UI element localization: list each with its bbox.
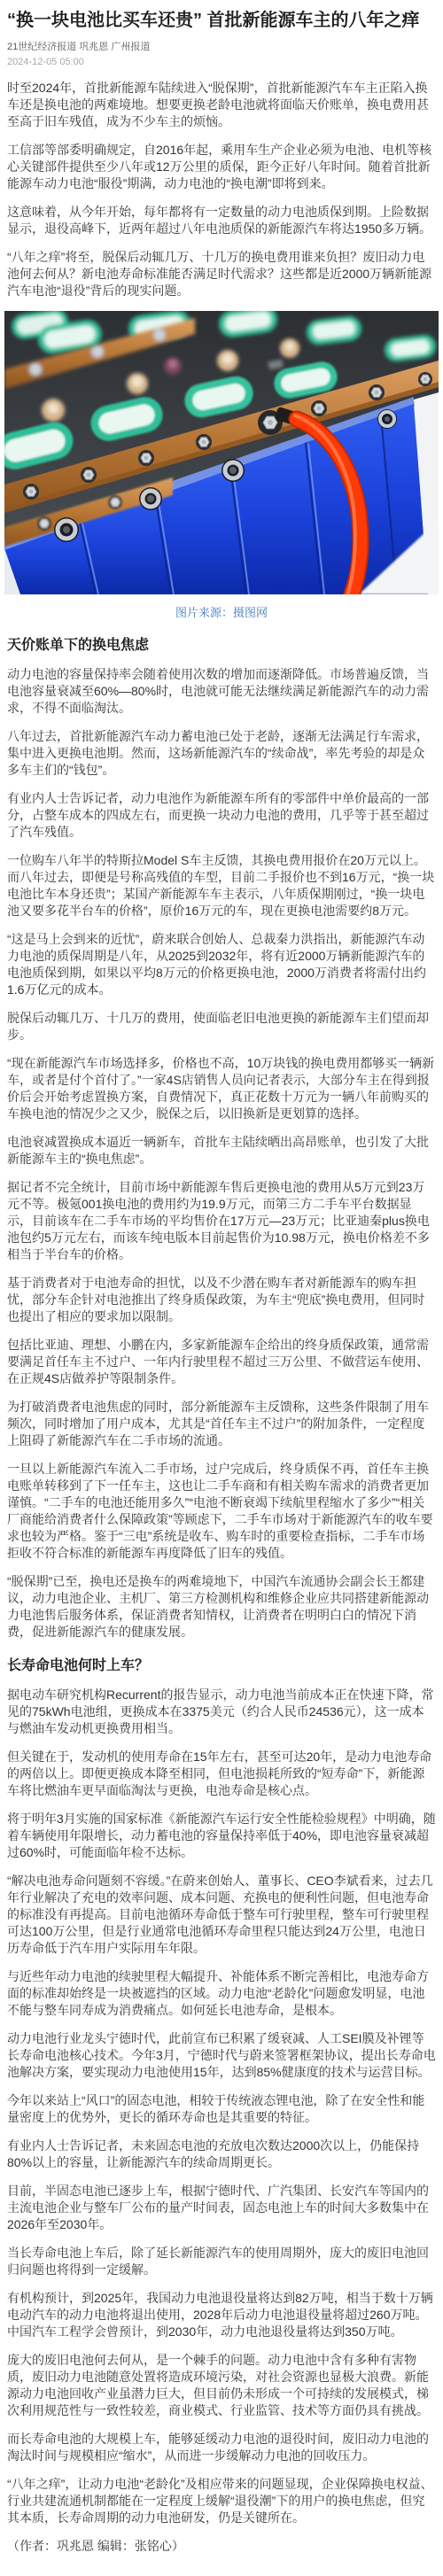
article-paragraph: 包括比亚迪、理想、小鹏在内，多家新能源车企给出的终身质保政策，通常需要满足首任车… bbox=[7, 1337, 436, 1387]
section-heading-battery-swap-anxiety: 天价账单下的换电焦虑 bbox=[7, 636, 436, 656]
publish-date: 2024-12-05 05:00 bbox=[7, 57, 436, 67]
article-paragraph: “解决电池寿命问题刻不容缓。”在蔚来创始人、董事长、CEO李斌看来，过去几年行业… bbox=[7, 1873, 436, 1957]
article-paragraph: 工信部等部委明确规定，自2016年起，乘用车生产企业必须为电池、电机等核心关键部… bbox=[7, 142, 436, 192]
author-editor-credit: （作者：巩兆恩 编辑：张铭心） bbox=[7, 2538, 436, 2555]
article-paragraph: 有业内人士告诉记者，未来固态电池的充放电次数达2000次以上，仍能保持80%以上… bbox=[7, 2138, 436, 2171]
article-paragraph: 据记者不完全统计，目前市场中新能源车售后更换电池的费用从5万元到23万元不等。极… bbox=[7, 1179, 436, 1263]
article-paragraph: 将于明年3月实施的国家标准《新能源汽车运行安全性能检验规程》中明确，随着车辆使用… bbox=[7, 1811, 436, 1861]
article-paragraph: 基于消费者对于电池寿命的担忧，以及不少潜在购车者对新能源车的购车担忧，部分车企针… bbox=[7, 1275, 436, 1325]
article-paragraph: “现在新能源汽车市场选择多，价格也不高，10万块钱的换电费用都够买一辆新车，或者… bbox=[7, 1055, 436, 1122]
article-paragraph: 电池衰减置换成本逼近一辆新车，首批车主陆续晒出高昂账单，也引发了大批新能源车主的… bbox=[7, 1134, 436, 1168]
article-paragraph: 动力电池行业龙头宁德时代，此前宣布已积累了缓衰减、人工SEI膜及补锂等长寿命电池… bbox=[7, 2030, 436, 2081]
article-paragraph: 目前，半固态电池已逐步上车，根据宁德时代、广汽集团、长安汽车等国内的主流电池企业… bbox=[7, 2183, 436, 2233]
article-paragraph: 据电动车研究机构Recurrent的报告显示，动力电池当前成本正在快速下降，常见… bbox=[7, 1687, 436, 1737]
article-paragraph: 有业内人士告诉记者，动力电池作为新能源车所有的零部件中单价最高的一部分，占整车成… bbox=[7, 790, 436, 841]
article-paragraph: 为打破消费者电池焦虑的同时，部分新能源车主反馈称，这些条件限制了用车频次，同时增… bbox=[7, 1399, 436, 1449]
article-paragraph: 一位购车八年半的特斯拉Model S车主反馈，其换电费用报价在20万元以上。而八… bbox=[7, 852, 436, 919]
image-caption: 图片来源：摄图网 bbox=[4, 603, 439, 620]
article-paragraph: “八年之痒”，让动力电池“老龄化”及相应带来的问题显现，企业保障换电权益、行业共… bbox=[7, 2476, 436, 2526]
article-paragraph: 当长寿命电池上车后，除了延长新能源汽车的使用周期外，庞大的废旧电池回归问题也将得… bbox=[7, 2245, 436, 2278]
article-paragraph: 动力电池的容量保持率会随着使用次数的增加而逐渐降低。市场普遍反馈，当电池容量衰减… bbox=[7, 666, 436, 717]
page-title: “换一块电池比买车还贵” 首批新能源车主的八年之痒 bbox=[7, 9, 436, 33]
article-paragraph: 而长寿命电池的大规模上车，能够延缓动力电池的退役时间，废旧动力电池的淘汰时间与规… bbox=[7, 2431, 436, 2464]
article-paragraph: 与近些年动力电池的续驶里程大幅提升、补能体系不断完善相比，电池寿命方面的标准却始… bbox=[7, 1968, 436, 2019]
section-heading-long-life-battery: 长寿命电池何时上车？ bbox=[7, 1657, 436, 1676]
battery-pack-photo[interactable] bbox=[4, 311, 439, 594]
byline: 21世纪经济报道 巩兆恩 广州报道 bbox=[7, 39, 436, 53]
article-paragraph: 庞大的废旧电池何去何从，是一个棘手的问题。动力电池中含有多种有害物质，废旧动力电… bbox=[7, 2352, 436, 2419]
article-paragraph: 今年以来站上“风口”的固态电池，相较于传统液态锂电池，除了在安全性和能量密度上的… bbox=[7, 2092, 436, 2126]
article-paragraph: 脱保后动辄几万、十几万的费用，使面临老旧电池更换的新能源车主们望而却步。 bbox=[7, 1010, 436, 1044]
article-paragraph: “八年之痒”将至，脱保后动辄几万、十几万的换电费用谁来负担？废旧动力电池何去何从… bbox=[7, 249, 436, 299]
article-figure: 图片来源：摄图网 bbox=[4, 311, 439, 620]
article-paragraph: 有机构预计，到2025年，我国动力电池退役量将达到82万吨，相当于数十万辆电动汽… bbox=[7, 2290, 436, 2340]
article-paragraph: 但关键在于，发动机的使用寿命在15年左右，甚至可达20年，是动力电池寿命的两倍以… bbox=[7, 1749, 436, 1799]
article-paragraph: “这是马上会到来的近忧”，蔚来联合创始人、总裁秦力洪指出，新能源汽车动力电池的质… bbox=[7, 931, 436, 998]
article-paragraph: 一旦以上新能源汽车流入二手市场，过户完成后，终身质保不再，首任车主换电账单转移到… bbox=[7, 1461, 436, 1562]
article-paragraph: 这意味着，从今年开始，每年都将有一定数量的动力电池质保到期。上险数据显示，退役高… bbox=[7, 204, 436, 237]
article-paragraph: “脱保期”已至，换电还是换车的两难境地下，中国汽车流通协会副会长王都建议，动力电… bbox=[7, 1573, 436, 1641]
article-paragraph: 八年过去，首批新能源汽车动力蓄电池已处于老龄，逐渐无法满足行车需求，集中进入更换… bbox=[7, 728, 436, 779]
article-paragraph: 时至2024年，首批新能源车陆续进入“脱保期”，首批新能源汽车车主正陷入换车还是… bbox=[7, 80, 436, 130]
article-page: “换一块电池比买车还贵” 首批新能源车主的八年之痒 21世纪经济报道 巩兆恩 广… bbox=[0, 0, 443, 2576]
